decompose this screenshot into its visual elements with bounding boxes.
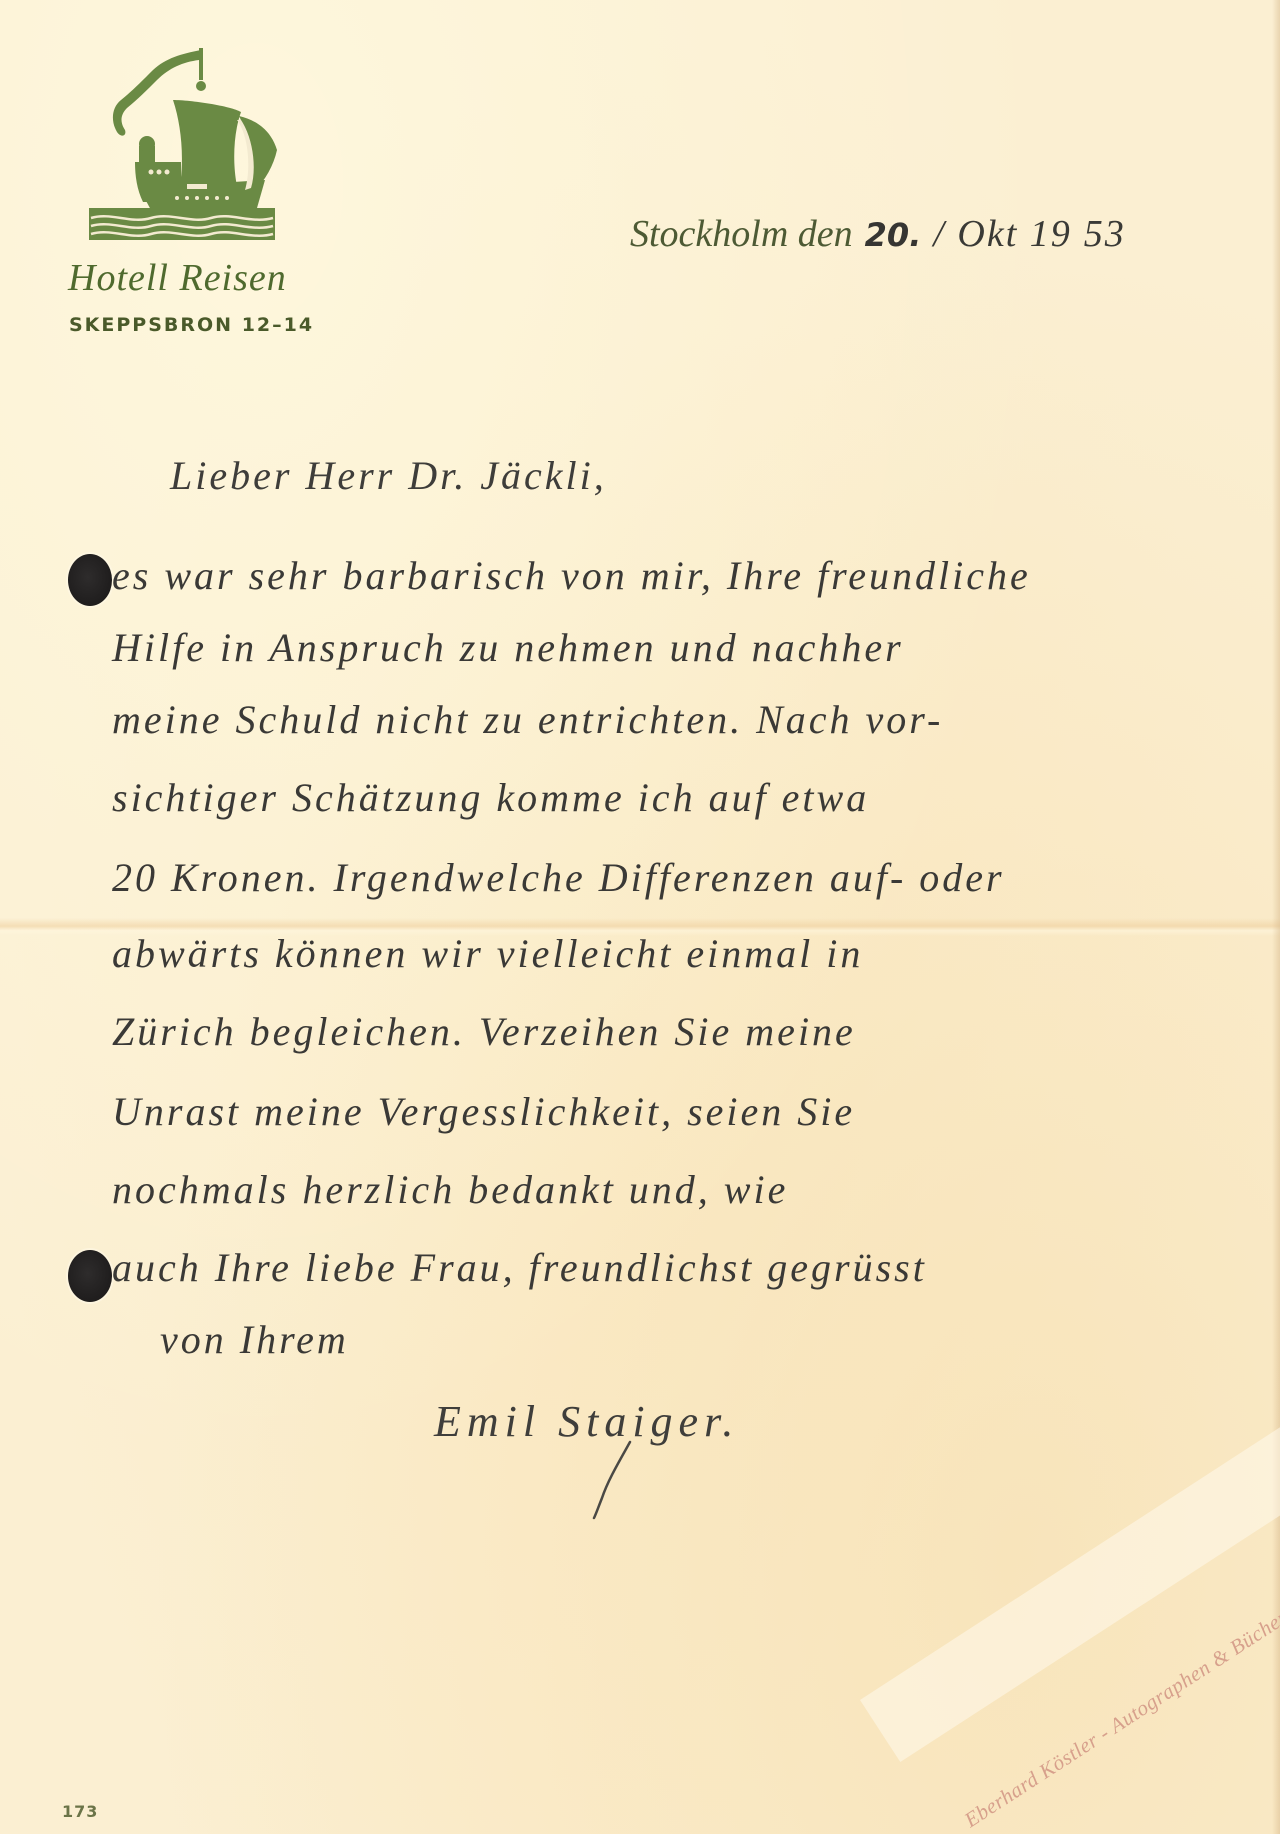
date-place-printed: Stockholm den — [630, 212, 853, 256]
date-day: 20. — [865, 216, 922, 254]
body-line-8: Unrast meine Vergesslichkeit, seien Sie — [112, 1088, 855, 1135]
body-line-5: 20 Kronen. Irgendwelche Differenzen auf-… — [112, 854, 1005, 901]
body-line-4: sichtiger Schätzung komme ich auf etwa — [112, 774, 869, 821]
punch-hole-bottom — [68, 1250, 112, 1302]
closing-line: von Ihrem — [160, 1316, 349, 1363]
body-line-6: abwärts können wir vielleicht einmal in — [112, 930, 863, 977]
page-number: 173 — [62, 1802, 98, 1821]
dateline: Stockholm den 20. / Okt 19 53 — [630, 212, 1126, 256]
body-line-7: Zürich begleichen. Verzeihen Sie meine — [112, 1008, 856, 1055]
punch-hole-top — [68, 554, 112, 606]
body-line-9: nochmals herzlich bedankt und, wie — [112, 1166, 788, 1213]
body-line-10: auch Ihre liebe Frau, freundlichst gegrü… — [112, 1244, 927, 1291]
body-line-3: meine Schuld nicht zu entrichten. Nach v… — [112, 696, 943, 743]
signature-flourish — [580, 1440, 640, 1520]
body-line-2: Hilfe in Anspruch zu nehmen und nachher — [112, 624, 904, 671]
paper-edge — [1272, 0, 1280, 1834]
date-month-year: / Okt 19 — [933, 212, 1071, 256]
sailing-ship-icon — [81, 40, 281, 240]
body-line-1: es war sehr barbarisch von mir, Ihre fre… — [112, 552, 1031, 599]
hotel-name: Hotell Reisen — [68, 256, 287, 300]
hotel-address: SKEPPSBRON 12–14 — [69, 314, 314, 336]
salutation: Lieber Herr Dr. Jäckli, — [170, 452, 607, 499]
date-year-suffix: 53 — [1084, 212, 1126, 256]
